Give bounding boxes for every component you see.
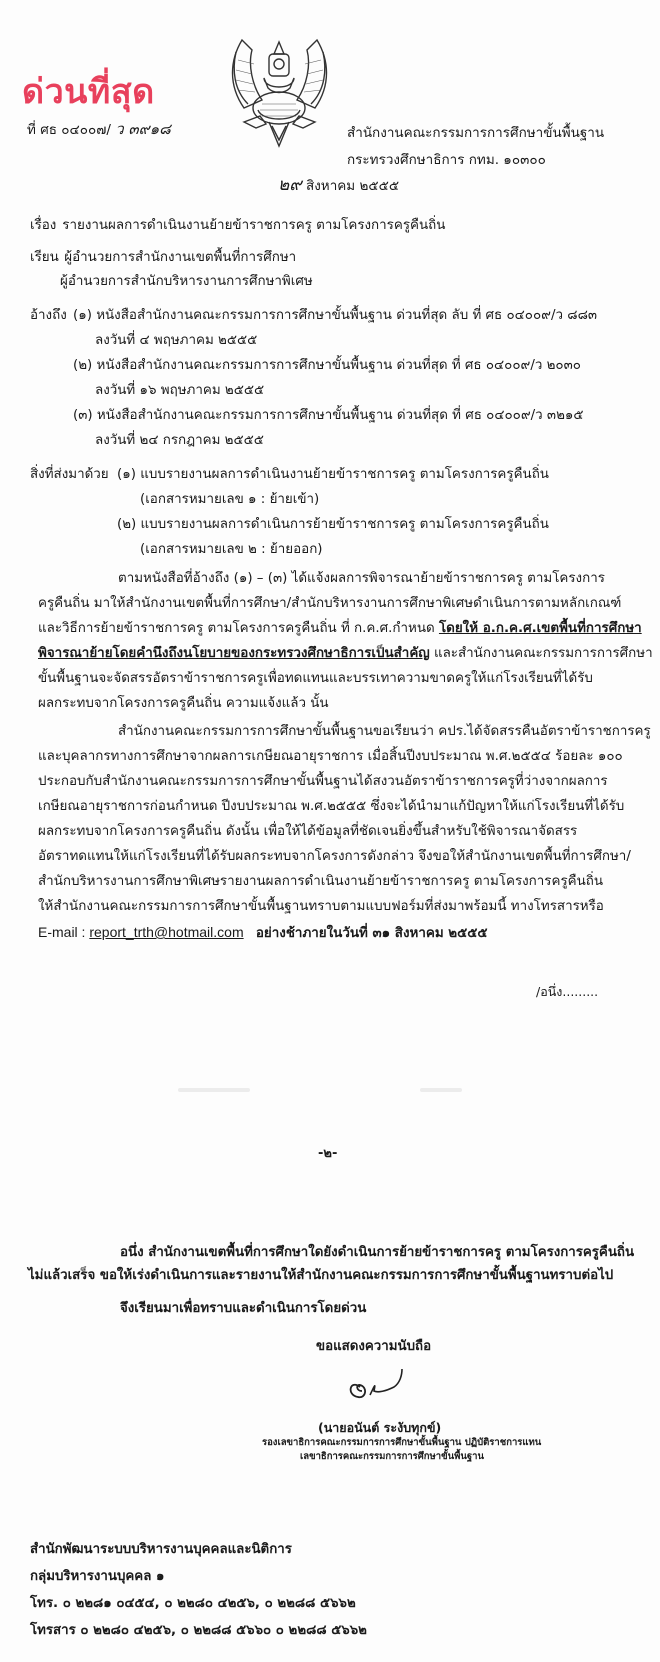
para1-line-6: ผลกระทบจากโครงการครูคืนถิ่น ความแจ้งแล้ว… — [38, 690, 329, 718]
emphasis-underlined-2: พิจารณาย้ายโดยคำนึงถึงนโยบายของกระทรวงศึ… — [38, 646, 430, 661]
para2-line-8: ให้สำนักงานคณะกรรมการการศึกษาขั้นพื้นฐาน… — [38, 893, 604, 921]
deadline-text: อย่างช้าภายในวันที่ ๓๑ สิงหาคม ๒๕๕๕ — [256, 926, 488, 941]
document-number-handwritten: ว ๓๙๑๘ — [115, 120, 171, 138]
para2-line-5: ผลกระทบจากโครงการครูคืนถิ่น ดังนั้น เพื่… — [38, 818, 577, 846]
para2-line-9: E-mail : report_trth@hotmail.com อย่างช้… — [38, 918, 488, 948]
footer-phone: โทร. ๐ ๒๒๘๑ ๐๔๕๔, ๐ ๒๒๘๐ ๔๒๕๖, ๐ ๒๒๘๘ ๕๖… — [30, 1591, 356, 1617]
footer-fax: โทรสาร ๐ ๒๒๘๐ ๔๒๕๖, ๐ ๒๒๘๘ ๕๖๖๐ ๐ ๒๒๘๘ ๕… — [30, 1618, 367, 1644]
footer-office: สำนักพัฒนาระบบบริหารงานบุคคลและนิติการ — [30, 1537, 292, 1563]
reference-2-line-1: (๒) หนังสือสำนักงานคณะกรรมการการศึกษาขั้… — [73, 352, 581, 380]
issuing-office: สำนักงานคณะกรรมการการศึกษาขั้นพื้นฐาน กร… — [347, 120, 604, 174]
reference-3-line-1: (๓) หนังสือสำนักงานคณะกรรมการการศึกษาขั้… — [73, 402, 584, 430]
urgent-stamp: ด่วนที่สุด — [22, 72, 155, 112]
salutation: ขอแสดงความนับถือ — [316, 1333, 431, 1361]
para1-line-3: และวิธีการย้ายข้าราชการครู ตามโครงการครู… — [38, 615, 642, 643]
para1-line-2: ครูคืนถิ่น มาให้สำนักงานเขตพื้นที่การศึก… — [38, 590, 621, 618]
para2-line-1: สำนักงานคณะกรรมการการศึกษาขั้นพื้นฐานขอเ… — [118, 718, 651, 746]
para1-line-5: ขั้นพื้นฐานจะจัดสรรอัตราข้าราชการครูเพื่… — [38, 665, 593, 693]
page-break-mark — [178, 1088, 250, 1092]
recipient-label: เรียน — [30, 244, 60, 272]
date-day-handwritten: ๒๙ — [278, 175, 302, 195]
email-label: E-mail : — [38, 924, 89, 940]
date-month-year: สิงหาคม ๒๕๕๕ — [306, 178, 399, 194]
para2-line-2: และบุคลากรทางการศึกษาจากผลการเกษียณอายุร… — [38, 743, 623, 771]
para1-line-3-text: และวิธีการย้ายข้าราชการครู ตามโครงการครู… — [38, 621, 439, 636]
para2-line-3: ประกอบกับสำนักงานคณะกรรมการการศึกษาขั้นพ… — [38, 768, 608, 796]
reference-1-line-1: (๑) หนังสือสำนักงานคณะกรรมการการศึกษาขั้… — [73, 302, 597, 330]
reference-1-line-2: ลงวันที่ ๔ พฤษภาคม ๒๕๕๕ — [95, 327, 257, 355]
para1-line-1: ตามหนังสือที่อ้างถึง (๑) – (๓) ได้แจ้งผล… — [118, 565, 605, 593]
document-number: ที่ ศธ ๐๔๐๐๗/ ว ๓๙๑๘ — [27, 117, 171, 141]
recipient-line-1: ผู้อำนวยการสำนักงานเขตพื้นที่การศึกษา — [64, 250, 296, 265]
signer-name: (นายอนันต์ ระงับทุกข์) — [318, 1418, 441, 1438]
email-link[interactable]: report_trth@hotmail.com — [89, 924, 243, 940]
reference-3-line-2: ลงวันที่ ๒๔ กรกฎาคม ๒๕๕๕ — [95, 427, 264, 455]
signature-icon — [332, 1365, 422, 1405]
para2-line-4: เกษียณอายุราชการก่อนกำหนด ปีงบประมาณ พ.ศ… — [38, 793, 624, 821]
enclosure-1-line-1: (๑) แบบรายงานผลการดำเนินงานย้ายข้าราชการ… — [117, 461, 549, 489]
enclosure-2-line-1: (๒) แบบรายงานผลการดำเนินการย้ายข้าราชการ… — [117, 511, 549, 539]
para3-line-2: ไม่แล้วเสร็จ ขอให้เร่งดำเนินการและรายงาน… — [28, 1262, 613, 1290]
enclosure-2-line-2: (เอกสารหมายเลข ๒ : ย้ายออก) — [140, 536, 323, 564]
footer-group: กลุ่มบริหารงานบุคคล ๑ — [30, 1564, 164, 1590]
office-name: สำนักงานคณะกรรมการการศึกษาขั้นพื้นฐาน — [347, 120, 604, 147]
enclosure-label: สิ่งที่ส่งมาด้วย — [30, 461, 109, 489]
garuda-emblem-icon — [222, 30, 337, 150]
continued-marker: /อนึ่ง......... — [536, 978, 598, 1006]
document-date: ๒๙ สิงหาคม ๒๕๕๕ — [278, 171, 399, 198]
office-address: กระทรวงศึกษาธิการ กทม. ๑๐๓๐๐ — [347, 147, 604, 174]
document-number-prefix: ที่ ศธ ๐๔๐๐๗/ — [27, 122, 111, 138]
subject-label: เรื่อง — [30, 212, 58, 240]
enclosure-1-line-2: (เอกสารหมายเลข ๑ : ย้ายเข้า) — [140, 486, 319, 514]
para1-line-4-text: และสำนักงานคณะกรรมการการศึกษา — [430, 646, 653, 661]
recipient-line-2: ผู้อำนวยการสำนักบริหารงานการศึกษาพิเศษ — [60, 268, 313, 296]
subject-row: เรื่อง รายงานผลการดำเนินงานย้ายข้าราชการ… — [30, 212, 445, 240]
signer-title-1: รองเลขาธิการคณะกรรมการการศึกษาขั้นพื้นฐา… — [262, 1436, 541, 1450]
page-number: -๒- — [318, 1142, 337, 1163]
closing-request: จึงเรียนมาเพื่อทราบและดำเนินการโดยด่วน — [120, 1295, 366, 1323]
para1-line-4: พิจารณาย้ายโดยคำนึงถึงนโยบายของกระทรวงศึ… — [38, 640, 653, 668]
reference-2-line-2: ลงวันที่ ๑๖ พฤษภาคม ๒๕๕๕ — [95, 377, 264, 405]
subject-text: รายงานผลการดำเนินงานย้ายข้าราชการครู ตาม… — [62, 218, 445, 233]
para2-line-6: อัตราทดแทนให้แก่โรงเรียนที่ได้รับผลกระทบ… — [38, 843, 631, 871]
emphasis-underlined-1: โดยให้ อ.ก.ค.ศ.เขตพื้นที่การศึกษา — [439, 621, 642, 636]
page-break-mark — [420, 1088, 462, 1092]
signer-title-2: เลขาธิการคณะกรรมการการศึกษาขั้นพื้นฐาน — [300, 1450, 484, 1464]
reference-label: อ้างถึง — [30, 302, 67, 330]
para2-line-7: สำนักบริหารงานการศึกษาพิเศษรายงานผลการดำ… — [38, 868, 603, 896]
